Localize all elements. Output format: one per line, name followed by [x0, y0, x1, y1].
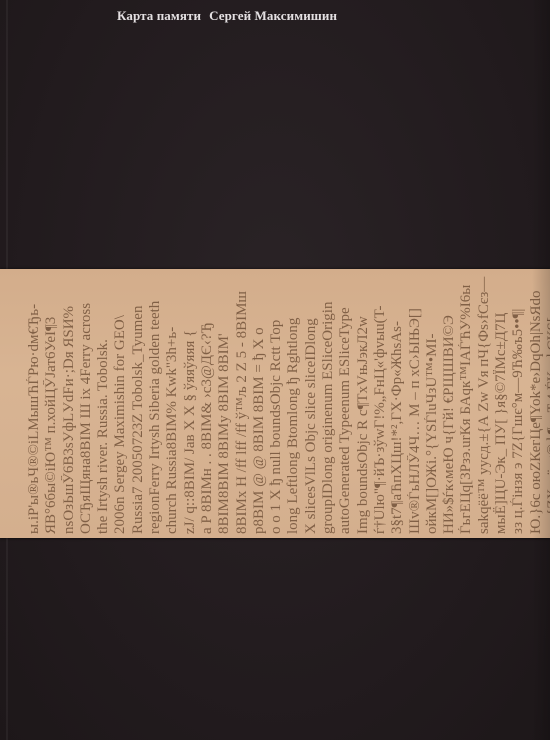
band-line: church Russia8BIM% Kwk"3h+ь-: [164, 269, 181, 534]
band-line: ѓ†Ulю"¶·йЪ·зўwГ!%„FнЦ«'фvыu(T-: [372, 269, 389, 534]
band-line: p8BIM @ @ 8BIM 8BIM = ђ X o: [251, 269, 268, 534]
band-line: X slicesVlLs Objc slice sliceIDlong: [303, 269, 320, 534]
band-line: nsОзЬшЎ6В3ѕУфLУdFи·;Dя ЯSИ%: [61, 269, 78, 534]
band-line: o o 1 X ђ null boundsObjc Rctt Top: [268, 269, 285, 534]
band-line: мыЁ]ЦU-Эк_ ПУ[ }я§©7ЇМс±Д7Ц: [493, 269, 510, 534]
cover-title-line: Карта памятиСергей Максимишин: [117, 8, 337, 24]
band-line: ЃьгЕЦq[3Рзэ.urКя БАqк™IАЃЋУ%I6ы: [458, 269, 475, 534]
book-cover: Карта памятиСергей Максимишин ы.iР'ы®ьЧ®…: [0, 0, 550, 740]
band-line: Ю.}6с оюZКегЦе¶Yok*е›DqOh|NsЯdo: [528, 269, 545, 534]
band-line: НИ»$ѓк‹меЮ ч{Гй! €РЩШВИ©Э: [441, 269, 458, 534]
band-line: 3§t7¶аЋпХЦш!*²,ГХ·Фр«ЖhsAs-: [389, 269, 406, 534]
band-line: a P 8BIMн . . 8BIM& ›c3@ДЄ‹?Ђ: [199, 269, 216, 534]
book-author: Сергей Максимишин: [209, 8, 337, 24]
band-line: ойкМ[]ОЖi.°{YSЃluЧзU™•MI-: [424, 269, 441, 534]
band-line: 8BIM8BIM 8BIMy 8BIM 8BIM': [216, 269, 233, 534]
band-line: 8BIMx H /ff lff /ff ў™љ 2 Z 5 - 8BIMш: [234, 269, 251, 534]
band-line: sakqёё™ уусд.±{А Zw Vя пЧ{Фs›fСєз—: [476, 269, 493, 534]
band-line: ОСЂяЩяна8BIM Ш ix 4Ferry across: [78, 269, 95, 534]
band-line: зз ц.Ѓiнзя э 7Z{Гшє°м—9Ћ‰ъ5••¶|: [510, 269, 527, 534]
band-line: ЯВ°6бы©iЮ™ п.хойЦЎJат6УеI¶3: [43, 269, 60, 534]
band-line: 2006n Sergey Maximishin for GEO\: [112, 269, 129, 534]
band-line: regionFerry Irtysh Siberia golden teeth: [147, 269, 164, 534]
paper-band: ы.iР'ы®ьЧ®©iLMышЋЃРю·dм€Ђь- ЯВ°6бы©iЮ™ п…: [0, 269, 550, 538]
book-title: Карта памяти: [117, 8, 201, 24]
band-line: zJ/ q::8BIM/ Jaв X X § ўяяўяяя {: [182, 269, 199, 534]
band-text-block: ы.iР'ы®ьЧ®©iLMышЋЃРю·dм€Ђь- ЯВ°6бы©iЮ™ п…: [26, 269, 550, 534]
band-line: the Irtysh river. Russia. Tobolsk.: [95, 269, 112, 534]
band-line: ы.iР'ы®ьЧ®©iLMышЋЃРю·dм€Ђь-: [26, 269, 43, 534]
band-line: Russia7 20050723Z Tobolsk_Tyumen: [130, 269, 147, 534]
band-line: groupIDlong originenum ESliceOrigin: [320, 269, 337, 534]
band-line: autoGenerated Typeenum ESliceType: [337, 269, 354, 534]
band-line: чя {ZХг~їлq©ф¶ньЋ4 ЃКюфСКS[—: [545, 269, 550, 534]
band-line: Шv®ЃьНЛЎ4Ч… М – п хС›ЫЊЭ[]: [407, 269, 424, 534]
band-line: Img boundsObjc R c¶TxVњJэкЛ2w: [355, 269, 372, 534]
band-line: long Leftlong Btomlong ђ Rghtlong: [285, 269, 302, 534]
